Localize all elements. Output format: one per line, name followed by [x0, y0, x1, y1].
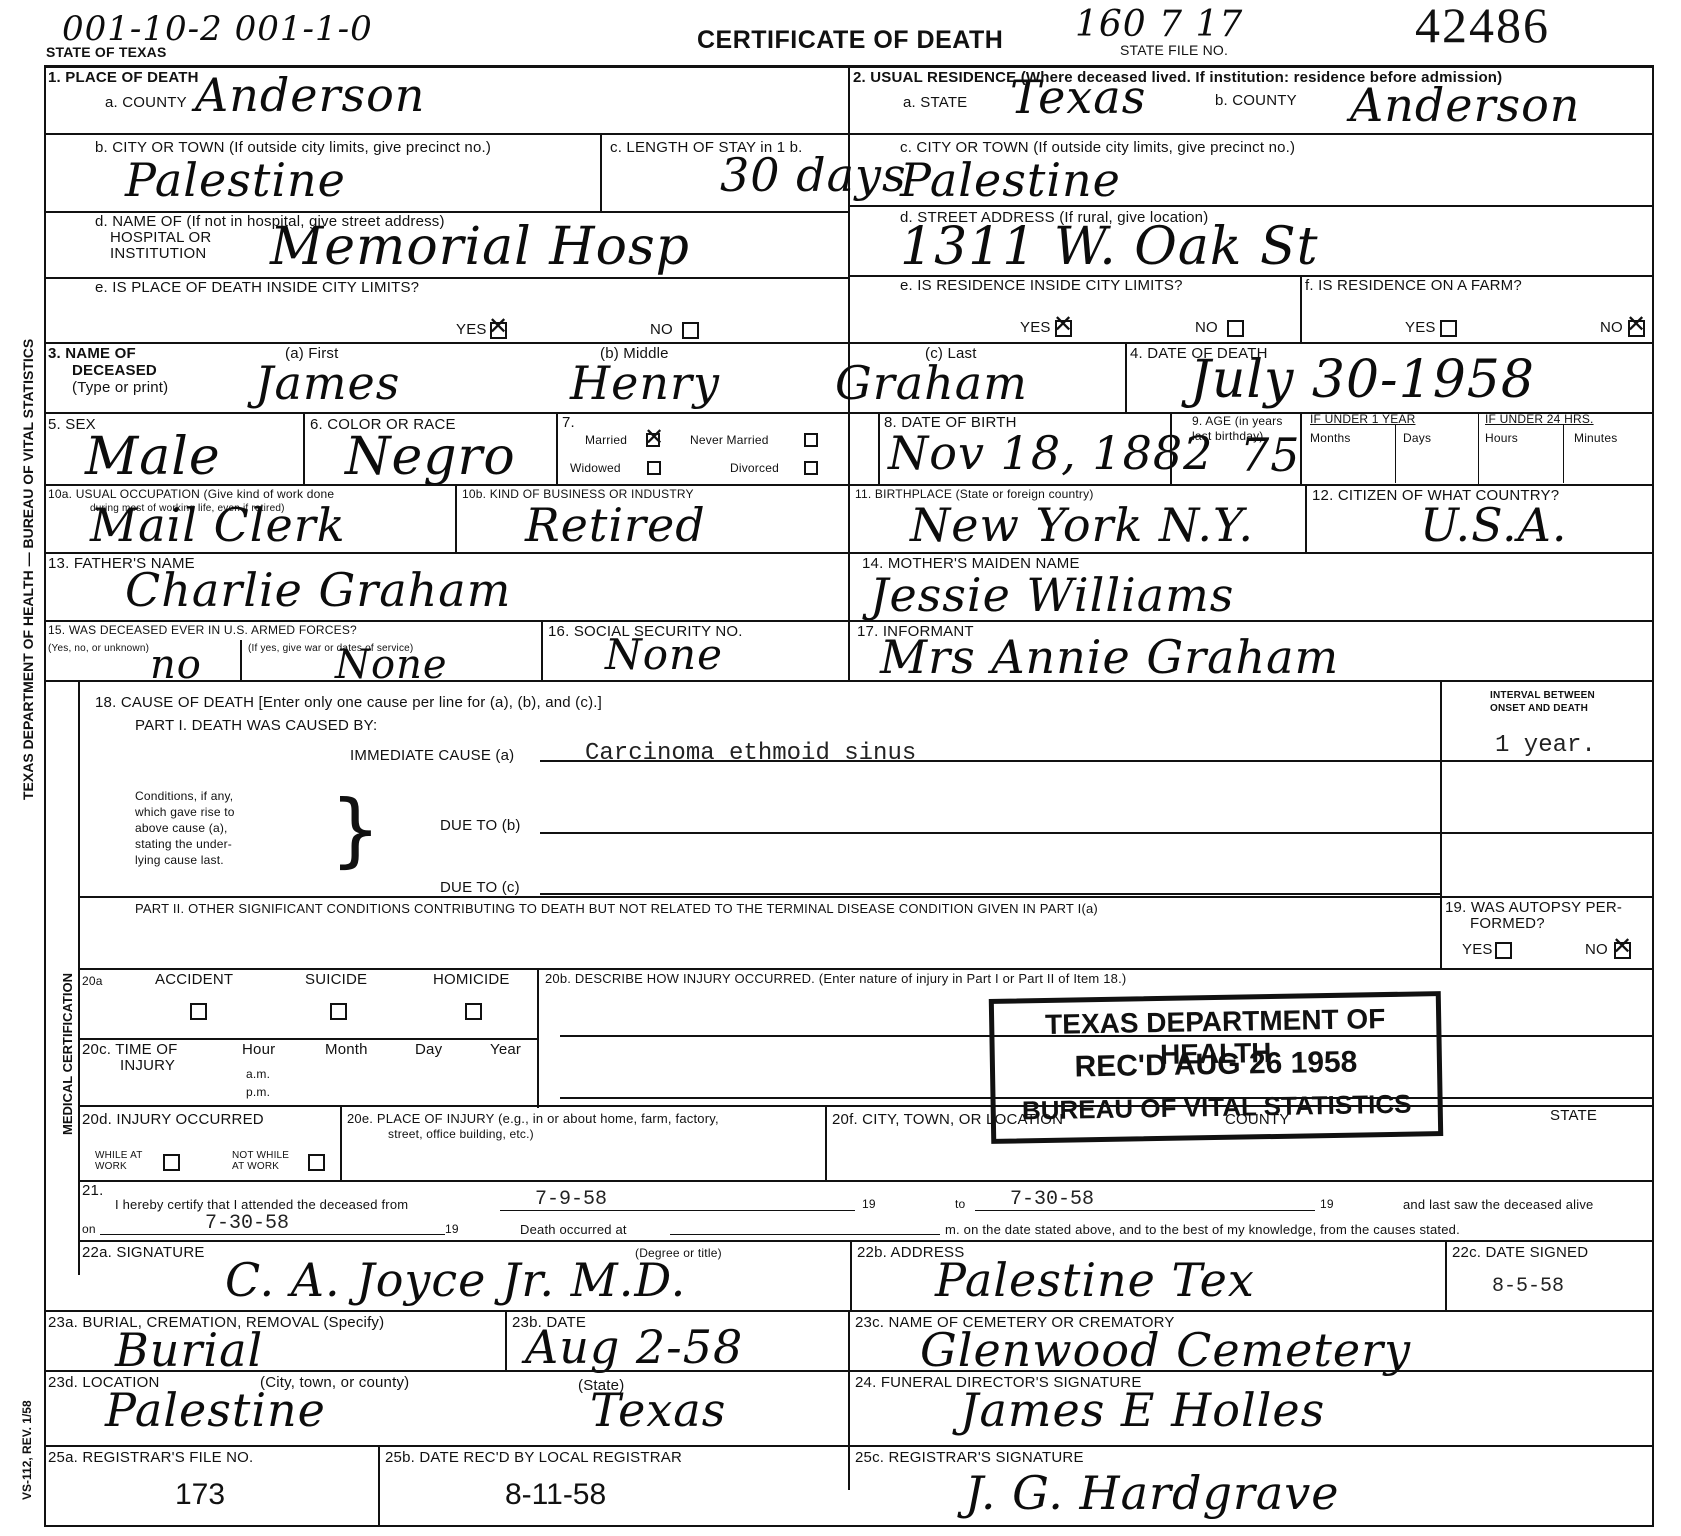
widowed-label: Widowed [570, 462, 621, 475]
city-limits-label: e. IS PLACE OF DEATH INSIDE CITY LIMITS? [95, 280, 419, 296]
registrar-date-value: 8-11-58 [505, 1478, 606, 1512]
rule [303, 412, 305, 484]
place-of-injury-label-2: street, office building, etc.) [388, 1128, 534, 1141]
autopsy-no-label: NO [1585, 942, 1608, 958]
rule [541, 620, 543, 680]
nineteen-2: 19 [1320, 1198, 1334, 1211]
injury-describe-label: 20b. DESCRIBE HOW INJURY OCCURRED. (Ente… [545, 972, 1126, 985]
pm-label: p.m. [246, 1086, 270, 1099]
rule [500, 1210, 855, 1211]
occupation-value: Mail Clerk [90, 500, 346, 550]
deceased-name-label-2: DECEASED [72, 363, 157, 379]
rule [455, 484, 457, 554]
part2-label: PART II. OTHER SIGNIFICANT CONDITIONS CO… [135, 902, 1098, 915]
time-of-injury-label: 20c. TIME OF [82, 1042, 177, 1058]
hospital-label-2: HOSPITAL OR [110, 230, 211, 246]
rule [505, 1310, 507, 1370]
certify-text-2: and last saw the deceased alive [1403, 1198, 1594, 1211]
attended-from-value: 7-9-58 [535, 1188, 607, 1211]
not-work-label: NOT WHILE [232, 1150, 289, 1161]
rule [825, 1105, 827, 1180]
rule [1170, 412, 1172, 484]
rule [1300, 412, 1302, 484]
rule [848, 133, 1654, 135]
while-work-checkbox[interactable] [163, 1154, 180, 1171]
rule [78, 1240, 1654, 1242]
never-married-label: Never Married [690, 434, 769, 447]
armed-dates-value: None [335, 640, 448, 690]
autopsy-no-checkbox[interactable] [1614, 942, 1631, 959]
day-label: Day [415, 1042, 442, 1058]
farm-yes-checkbox[interactable] [1440, 320, 1457, 337]
rule [850, 1240, 852, 1310]
res-inside-yes-label: YES [1020, 320, 1051, 336]
state-file-label: STATE FILE NO. [1120, 42, 1228, 58]
rule [78, 1038, 538, 1040]
rule [44, 342, 1654, 344]
place-of-injury-label: 20e. PLACE OF INJURY (e.g., in or about … [347, 1112, 719, 1125]
address-value: Palestine Tex [935, 1255, 1255, 1305]
under-year-label: IF UNDER 1 YEAR [1310, 413, 1415, 426]
city-limits-yes-label: YES [456, 322, 487, 338]
age-value: 75 [1240, 430, 1301, 480]
nineteen-1: 19 [862, 1198, 876, 1211]
immediate-cause-value: Carcinoma ethmoid sinus [585, 740, 916, 767]
res-inside-no-checkbox[interactable] [1227, 320, 1244, 337]
rule [78, 1180, 1654, 1182]
armed-yn-label: (Yes, no, or unknown) [48, 643, 149, 654]
registrar-file-label: 25a. REGISTRAR'S FILE NO. [48, 1450, 253, 1466]
to-label: to [955, 1198, 965, 1211]
rule [540, 760, 1440, 762]
hour-label: Hour [242, 1042, 275, 1058]
due-b-label: DUE TO (b) [440, 818, 521, 834]
res-county-label: b. COUNTY [1215, 93, 1297, 109]
res-county-value: Anderson [1350, 80, 1580, 130]
rule [600, 133, 602, 213]
homicide-checkbox[interactable] [465, 1003, 482, 1020]
armed-forces-value: no [150, 640, 202, 690]
part1-label: PART I. DEATH WAS CAUSED BY: [135, 718, 377, 734]
date-signed-value: 8-5-58 [1492, 1275, 1564, 1298]
medical-certification-label: MEDICAL CERTIFICATION [60, 973, 75, 1135]
due-c-label: DUE TO (c) [440, 880, 520, 896]
sex-value: Male [85, 432, 221, 482]
burial-state-value: Texas [590, 1385, 726, 1435]
cause-label: 18. CAUSE OF DEATH [Enter only one cause… [95, 695, 602, 711]
date-of-death-value: July 30-1958 [1190, 355, 1535, 405]
res-inside-no-label: NO [1195, 320, 1218, 336]
res-state-value: Texas [1010, 72, 1146, 122]
city-limits-no-label: NO [650, 322, 673, 338]
place-of-death-label: 1. PLACE OF DEATH [48, 70, 199, 86]
marital-label: 7. [562, 415, 575, 431]
brace-icon: } [330, 790, 381, 870]
rule [540, 893, 1440, 895]
divorced-label: Divorced [730, 462, 779, 475]
registrar-date-label: 25b. DATE REC'D BY LOCAL REGISTRAR [385, 1450, 682, 1466]
frame-right [1652, 65, 1654, 1527]
rule [44, 1370, 1654, 1372]
married-checkbox[interactable] [646, 433, 660, 447]
certify-text-4: m. on the date stated above, and to the … [945, 1223, 1460, 1236]
widowed-checkbox[interactable] [647, 461, 661, 475]
suicide-label: SUICIDE [305, 972, 367, 988]
not-work-checkbox[interactable] [308, 1154, 325, 1171]
deceased-name-label: 3. NAME OF [48, 346, 136, 362]
farm-label: f. IS RESIDENCE ON A FARM? [1305, 278, 1522, 294]
under-day-label: IF UNDER 24 HRS. [1485, 413, 1594, 426]
autopsy-label-2: FORMED? [1470, 916, 1545, 932]
rule [44, 680, 1654, 682]
informant-value: Mrs Annie Graham [880, 632, 1339, 682]
interval-label-2: ONSET AND DEATH [1490, 703, 1588, 714]
director-signature: James E Holles [960, 1385, 1325, 1435]
birth-value: Nov 18, 1882 [888, 428, 1213, 478]
form-code-label: VS-112, REV. 1/58 [20, 1400, 34, 1500]
document-title: CERTIFICATE OF DEATH [697, 26, 1003, 55]
rule [1305, 484, 1307, 554]
months-label: Months [1310, 432, 1351, 445]
rule [1300, 275, 1302, 342]
registrar-file-value: 173 [175, 1478, 225, 1512]
conditions-note-3: above cause (a), [135, 822, 228, 835]
year-label: Year [490, 1042, 521, 1058]
farm-no-label: NO [1600, 320, 1623, 336]
farm-no-checkbox[interactable] [1628, 320, 1645, 337]
certify-text-3: Death occurred at [520, 1223, 627, 1236]
rule [1478, 412, 1479, 484]
month-label: Month [325, 1042, 368, 1058]
autopsy-yes-checkbox[interactable] [1495, 942, 1512, 959]
nineteen-3: 19 [445, 1223, 459, 1236]
rule [78, 968, 1654, 970]
certification-item-label: 21. [82, 1183, 103, 1199]
interval-label: INTERVAL BETWEEN [1490, 690, 1595, 701]
conditions-note-5: lying cause last. [135, 854, 224, 867]
not-work-label-2: AT WORK [232, 1161, 279, 1172]
time-of-injury-label-2: INJURY [120, 1058, 175, 1074]
cemetery-value: Glenwood Cemetery [920, 1325, 1411, 1375]
burial-method-value: Burial [115, 1325, 263, 1375]
res-inside-label: e. IS RESIDENCE INSIDE CITY LIMITS? [900, 278, 1183, 294]
medical-divider [78, 680, 80, 1275]
physician-signature: C. A. Joyce Jr. M.D. [225, 1255, 686, 1305]
rule [1440, 760, 1654, 762]
county-label: a. COUNTY [105, 95, 187, 111]
burial-location-value: Palestine [105, 1385, 326, 1435]
minutes-label: Minutes [1574, 432, 1617, 445]
on-label: on [82, 1223, 96, 1236]
rule [78, 896, 1654, 898]
accident-checkbox[interactable] [190, 1003, 207, 1020]
interval-value: 1 year. [1495, 732, 1596, 759]
rule [44, 1445, 1654, 1447]
middle-name-value: Henry [570, 358, 720, 408]
hospital-label-3: INSTITUTION [110, 246, 206, 262]
rule [340, 1105, 342, 1180]
rule [1440, 832, 1654, 834]
death-county-value: Anderson [195, 70, 425, 120]
injury-occurred-label: 20d. INJURY OCCURRED [82, 1112, 264, 1128]
rule [44, 133, 850, 135]
father-value: Charlie Graham [125, 565, 511, 615]
rule [44, 552, 1654, 554]
days-label: Days [1403, 432, 1431, 445]
hours-label: Hours [1485, 432, 1518, 445]
frame-left [44, 65, 46, 1527]
stamp-line-3: BUREAU OF VITAL STATISTICS [995, 1088, 1437, 1127]
citizen-value: U.S.A. [1420, 500, 1568, 550]
city-limits-yes-checkbox[interactable] [490, 322, 507, 339]
rule [1440, 680, 1442, 970]
last-seen-value: 7-30-58 [205, 1212, 289, 1235]
accident-label: ACCIDENT [155, 972, 233, 988]
stay-value: 30 days [720, 150, 907, 200]
res-state-label: a. STATE [903, 95, 967, 111]
conditions-note-4: stating the under- [135, 838, 232, 851]
signature-label: 22a. SIGNATURE [82, 1245, 205, 1261]
rule [44, 620, 1654, 622]
registrar-signature: J. G. Hardgrave [965, 1468, 1340, 1518]
rule [1125, 342, 1127, 414]
rule [100, 1234, 445, 1235]
rule [1563, 425, 1564, 483]
department-side-label: TEXAS DEPARTMENT OF HEALTH — BUREAU OF V… [20, 339, 36, 800]
date-signed-label: 22c. DATE SIGNED [1452, 1245, 1588, 1261]
armed-forces-label: 15. WAS DECEASED EVER IN U.S. ARMED FORC… [48, 624, 357, 637]
res-inside-yes-checkbox[interactable] [1055, 320, 1072, 337]
registrar-signature-label: 25c. REGISTRAR'S SIGNATURE [855, 1450, 1084, 1466]
autopsy-yes-label: YES [1462, 942, 1493, 958]
suicide-checkbox[interactable] [330, 1003, 347, 1020]
hospital-value: Memorial Hosp [270, 222, 690, 272]
industry-value: Retired [525, 500, 706, 550]
res-city-value: Palestine [900, 155, 1121, 205]
homicide-label: HOMICIDE [433, 972, 510, 988]
certify-text-1: I hereby certify that I attended the dec… [115, 1198, 408, 1211]
rule [44, 484, 1654, 486]
rule [975, 1210, 1315, 1211]
rule [240, 640, 242, 680]
street-value: 1311 W. Oak St [900, 222, 1318, 272]
received-stamp: TEXAS DEPARTMENT OF HEALTH REC'D AUG 26 … [989, 991, 1443, 1144]
age-label: 9. AGE (in years [1192, 415, 1283, 428]
rule [1445, 1240, 1447, 1310]
burial-date-value: Aug 2-58 [525, 1322, 743, 1372]
rule [540, 832, 1440, 834]
while-work-label-2: WORK [95, 1161, 127, 1172]
farm-yes-label: YES [1405, 320, 1436, 336]
rule [378, 1445, 380, 1527]
city-limits-no-checkbox[interactable] [682, 322, 699, 339]
conditions-note-1: Conditions, if any, [135, 790, 233, 803]
first-name-value: James [255, 358, 400, 408]
rule [670, 1234, 940, 1235]
rule [556, 412, 558, 484]
rule [1395, 425, 1396, 483]
married-label: Married [585, 434, 627, 447]
autopsy-label: 19. WAS AUTOPSY PER- [1445, 900, 1622, 916]
ssn-value: None [605, 630, 723, 680]
attended-to-value: 7-30-58 [1010, 1188, 1094, 1211]
frame-bottom [44, 1525, 1654, 1527]
am-label: a.m. [246, 1068, 270, 1081]
death-city-value: Palestine [125, 155, 346, 205]
rule [848, 205, 1654, 207]
certificate-number: 42486 [1415, 0, 1550, 54]
last-name-value: Graham [835, 358, 1028, 408]
deceased-name-label-3: (Type or print) [72, 380, 168, 396]
divorced-checkbox[interactable] [804, 461, 818, 475]
state-label: STATE OF TEXAS [46, 44, 167, 60]
mother-value: Jessie Williams [870, 570, 1234, 620]
stamp-line-2: REC'D AUG 26 1958 [995, 1044, 1438, 1086]
never-married-checkbox[interactable] [804, 433, 818, 447]
injury-state-label: STATE [1550, 1108, 1597, 1124]
race-value: Negro [345, 432, 516, 482]
rule [878, 412, 880, 484]
while-work-label: WHILE AT [95, 1150, 143, 1161]
conditions-note-2: which gave rise to [135, 806, 235, 819]
rule [848, 1310, 850, 1490]
injury-type-label: 20a [82, 975, 103, 988]
immediate-cause-label: IMMEDIATE CAUSE (a) [350, 748, 514, 764]
birthplace-value: New York N.Y. [910, 500, 1254, 550]
